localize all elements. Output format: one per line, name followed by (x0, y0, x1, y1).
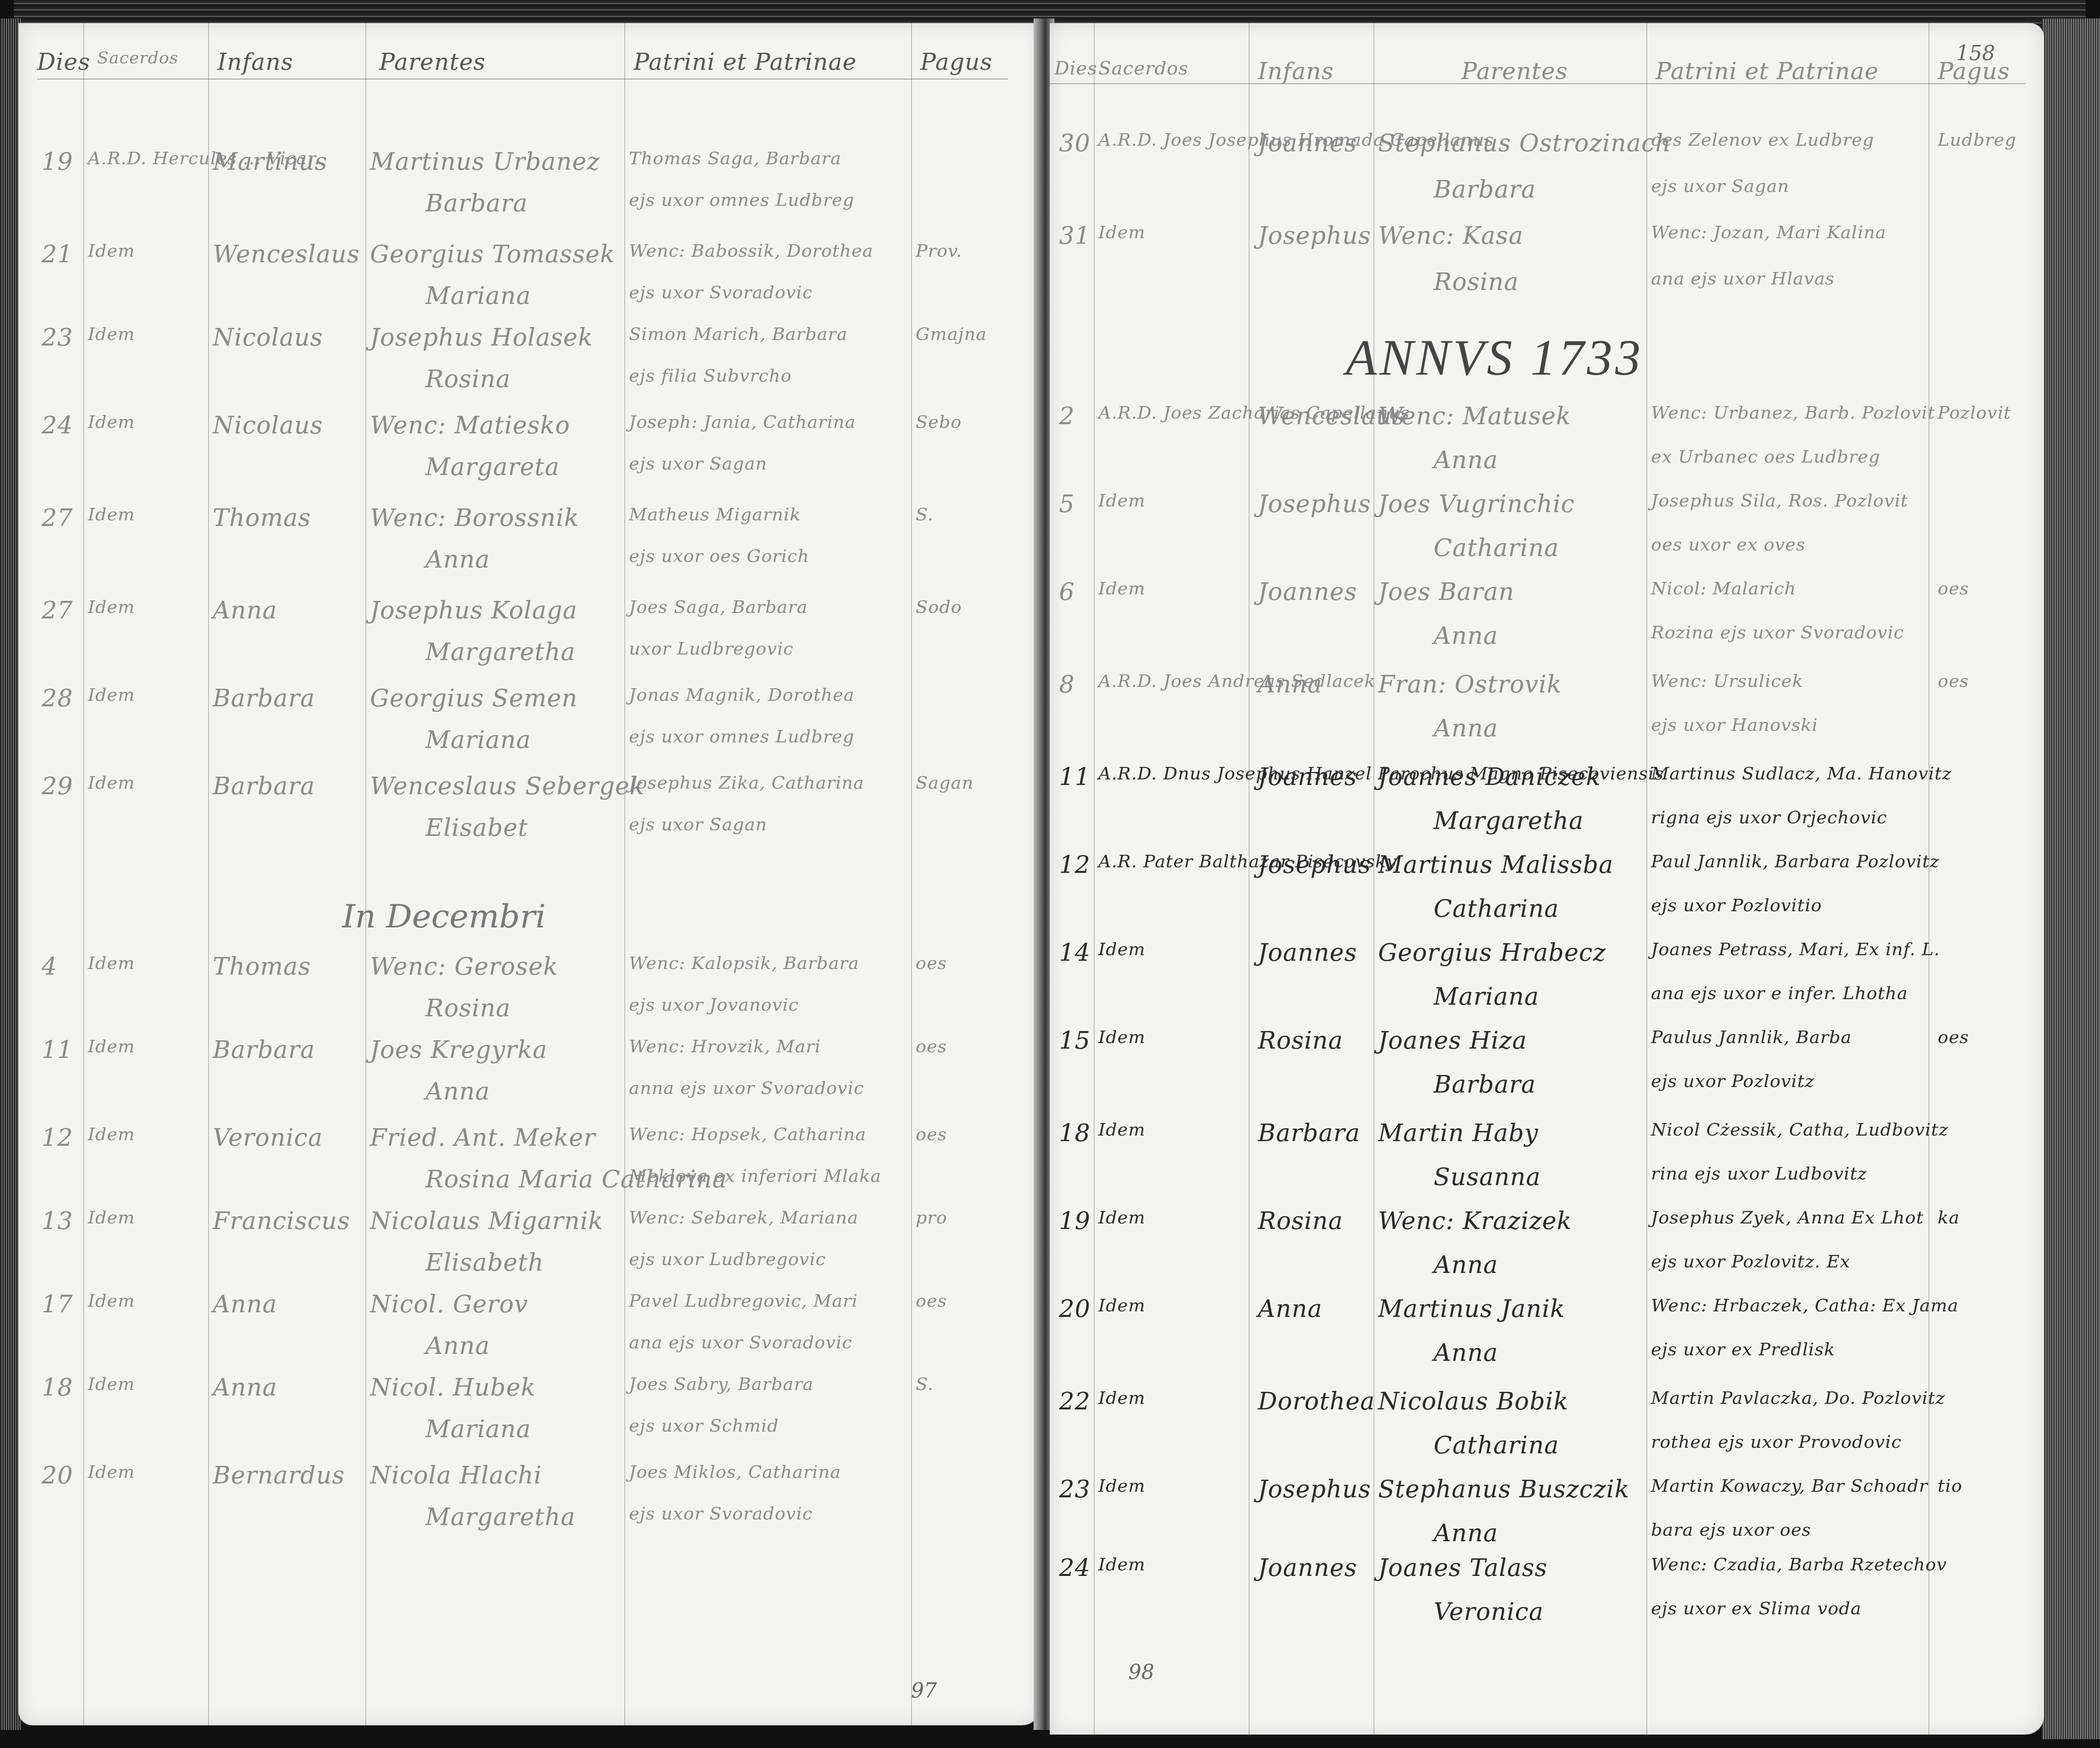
entry-village: oes (916, 953, 947, 973)
entry-father: Nicol. Gerov (370, 1291, 528, 1318)
entry-priest: Idem (1098, 1207, 1145, 1228)
entry-godparents-2: ejs uxor Hanovski (1651, 715, 1818, 735)
entry-father: Joanes Talass (1378, 1554, 1547, 1582)
entry-priest: Idem (1098, 1027, 1145, 1047)
header-patrini: Patrini et Patrinae (634, 49, 857, 75)
footer-mark: 98 (1128, 1661, 1154, 1684)
entry-godparents-1: Wenc: Babossik, Dorothea (629, 241, 873, 261)
entry-infant: Anna (213, 1291, 277, 1318)
entry-village: pro (916, 1207, 947, 1228)
entry-village: Pozlovit (1938, 402, 2011, 423)
entry-priest: Idem (1098, 1388, 1145, 1408)
entry-father: Stephanus Buszczik (1378, 1476, 1630, 1503)
entry-godparents-2: ejs uxor ex Predlisk (1651, 1339, 1835, 1359)
entry-godparents-1: Wenc: Jozan, Mari Kalina (1651, 222, 1886, 242)
entry-day: 2 (1059, 402, 1075, 430)
entry-priest: Idem (1098, 222, 1145, 242)
entry-godparents-1: Wenc: Czadia, Barba Rzetechov (1651, 1554, 1947, 1575)
entry-godparents-1: Pavel Ludbregovic, Mari (629, 1291, 858, 1311)
header-dies: Dies (37, 49, 90, 75)
entry-mother: Anna (1434, 1519, 1498, 1547)
entry-infant: Barbara (213, 772, 315, 800)
entry-day: 18 (42, 1374, 73, 1402)
column-rule (208, 23, 209, 1725)
entry-mother: Rosina (1434, 268, 1519, 296)
entry-day: 29 (42, 772, 73, 800)
entry-day: 20 (1059, 1295, 1090, 1323)
entry-father: Wenc: Kasa (1378, 222, 1523, 250)
column-rule (1928, 23, 1929, 1735)
entry-mother: Margaretha (425, 638, 575, 666)
entry-priest: Idem (88, 412, 135, 432)
entry-godparents-2: ejs uxor ex Slima voda (1651, 1598, 1861, 1618)
entry-godparents-1: Matheus Migarnik (629, 504, 801, 525)
entry-village: Sagan (916, 772, 973, 793)
entry-mother: Anna (1434, 446, 1498, 474)
entry-infant: Joannes (1258, 130, 1357, 157)
entry-godparents-1: Martin Kowaczy, Bar Schoadr (1651, 1476, 1928, 1496)
entry-day: 17 (42, 1291, 73, 1318)
entry-father: Martinus Janik (1378, 1295, 1565, 1323)
entry-infant: Anna (1258, 671, 1323, 698)
entry-priest: Idem (88, 1374, 135, 1394)
entry-mother: Anna (425, 1078, 490, 1106)
entry-father: Wenc: Matiesko (370, 412, 570, 439)
year-heading: ANNVS 1733 (1346, 328, 1644, 387)
entry-infant: Josephus (1258, 490, 1371, 518)
entry-godparents-2: ejs uxor Pozlovitz. Ex (1651, 1251, 1850, 1272)
entry-mother: Anna (1434, 622, 1498, 650)
entry-infant: Rosina (1258, 1207, 1343, 1235)
entry-father: Georgius Semen (370, 685, 578, 712)
entry-day: 21 (42, 241, 73, 268)
entry-priest: Idem (88, 504, 135, 525)
entry-day: 30 (1059, 130, 1090, 157)
entry-father: Nicolaus Migarnik (370, 1207, 604, 1235)
entry-infant: Joannes (1258, 939, 1357, 967)
entry-infant: Josephus (1258, 851, 1371, 879)
entry-village: oes (916, 1036, 947, 1056)
entry-godparents-2: anna ejs uxor Svoradovic (629, 1078, 864, 1098)
entry-godparents-1: Paulus Jannlik, Barba (1651, 1027, 1852, 1047)
entry-day: 31 (1059, 222, 1090, 250)
entry-godparents-2: ejs uxor Svoradovic (629, 1503, 813, 1524)
header-sacerdos: Sacerdos (1098, 58, 1189, 79)
entry-godparents-2: rigna ejs uxor Orjechovic (1651, 807, 1887, 828)
entry-priest: Idem (1098, 578, 1145, 599)
entry-priest: Idem (88, 597, 135, 617)
entry-father: Fried. Ant. Meker (370, 1124, 596, 1152)
entry-godparents-2: ejs uxor oes Gorich (629, 546, 809, 566)
right-page-edges (2042, 19, 2100, 1739)
entry-mother: Barbara (425, 190, 528, 217)
entry-priest: Idem (1098, 1476, 1145, 1496)
column-rule (83, 23, 84, 1725)
entry-infant: Barbara (213, 1036, 315, 1064)
entry-godparents-2: ejs uxor Pozlovitz (1651, 1071, 1815, 1091)
entry-priest: Idem (88, 1124, 135, 1144)
entry-mother: Rosina (425, 994, 511, 1022)
entry-day: 24 (42, 412, 73, 439)
entry-mother: Elisabeth (425, 1249, 544, 1277)
entry-village: Gmajna (916, 324, 987, 344)
entry-day: 15 (1059, 1027, 1090, 1055)
header-pagus: Pagus (920, 49, 992, 75)
entry-mother: Anna (1434, 715, 1498, 742)
entry-godparents-2: rothea ejs uxor Provodovic (1651, 1432, 1902, 1452)
entry-day: 28 (42, 685, 73, 712)
entry-godparents-2: ejs uxor Jovanovic (629, 994, 799, 1015)
entry-godparents-2: bara ejs uxor oes (1651, 1519, 1811, 1540)
entry-mother: Barbara (1434, 176, 1536, 204)
entry-godparents-1: Wenc: Urbanez, Barb. Pozlovit (1651, 402, 1935, 423)
entry-priest: Idem (88, 1036, 135, 1056)
entry-day: 27 (42, 504, 73, 532)
entry-godparents-1: Joes Sabry, Barbara (629, 1374, 813, 1394)
entry-mother: Barbara (1434, 1071, 1536, 1099)
entry-godparents-1: Joes Saga, Barbara (629, 597, 808, 617)
entry-godparents-1: Thomas Saga, Barbara (629, 148, 841, 168)
entry-father: Martinus Urbanez (370, 148, 600, 176)
entry-father: Joes Baran (1378, 578, 1515, 606)
entry-godparents-2: ejs uxor Ludbregovic (629, 1249, 826, 1269)
entry-godparents-2: ejs uxor Sagan (629, 814, 767, 834)
entry-mother: Susanna (1434, 1163, 1541, 1191)
entry-infant: Barbara (213, 685, 315, 712)
entry-infant: Thomas (213, 504, 311, 532)
entry-godparents-2: Rozina ejs uxor Svoradovic (1651, 622, 1904, 642)
entry-priest: Idem (1098, 1119, 1145, 1140)
entry-mother: Anna (1434, 1339, 1498, 1367)
entry-infant: Josephus (1258, 1476, 1371, 1503)
entry-godparents-1: Josephus Sila, Ros. Pozlovit (1651, 490, 1908, 511)
entry-godparents-1: Wenc: Hrbaczek, Catha: Ex Jama (1651, 1295, 1958, 1316)
entry-godparents-1: Martinus Sudlacz, Ma. Hanovitz (1651, 763, 1952, 784)
entry-godparents-2: ejs uxor Pozlovitio (1651, 895, 1822, 915)
entry-mother: Catharina (1434, 534, 1559, 562)
entry-father: Nicol. Hubek (370, 1374, 536, 1402)
entry-priest: Idem (1098, 939, 1145, 959)
entry-day: 23 (1059, 1476, 1090, 1503)
entry-mother: Catharina (1434, 895, 1559, 923)
book-spread: Dies Sacerdos Infans Parentes Patrini et… (0, 0, 2100, 1748)
entry-village: oes (1938, 671, 1969, 691)
entry-father: Joannes Daniczek (1378, 763, 1601, 791)
entry-day: 13 (42, 1207, 73, 1235)
entry-priest: Idem (1098, 1554, 1145, 1575)
entry-father: Martinus Malissba (1378, 851, 1613, 879)
entry-village: oes (1938, 578, 1969, 599)
entry-godparents-1: Paul Jannlik, Barbara Pozlovitz (1651, 851, 1940, 871)
entry-priest: Idem (88, 241, 135, 261)
entry-village: oes (916, 1291, 947, 1311)
entry-priest: Idem (88, 1462, 135, 1482)
entry-godparents-1: Wenc: Kalopsik, Barbara (629, 953, 859, 973)
entry-day: 5 (1059, 490, 1075, 518)
entry-godparents-1: oes Zelenov ex Ludbreg (1651, 130, 1874, 150)
header-parentes: Parentes (379, 49, 486, 75)
entry-village: oes (1938, 1027, 1969, 1047)
entry-priest: Idem (88, 953, 135, 973)
entry-day: 22 (1059, 1388, 1090, 1415)
entry-day: 12 (42, 1124, 73, 1152)
entry-infant: Josephus (1258, 222, 1371, 250)
entry-godparents-2: ana ejs uxor e infer. Lhotha (1651, 983, 1908, 1003)
entry-mother: Anna (425, 1332, 490, 1360)
header-dies: Dies (1054, 58, 1097, 79)
column-rule (1646, 23, 1647, 1735)
entry-village: Prov. (916, 241, 962, 261)
entry-infant: Wenceslaus (213, 241, 360, 268)
entry-father: Nicolaus Bobik (1378, 1388, 1569, 1415)
entry-day: 11 (1059, 763, 1090, 791)
entry-priest: Idem (1098, 1295, 1145, 1316)
entry-infant: Martinus (213, 148, 327, 176)
left-page-edges (0, 19, 21, 1730)
entry-infant: Anna (1258, 1295, 1323, 1323)
entry-mother: Margareta (425, 453, 560, 481)
entry-day: 24 (1059, 1554, 1090, 1582)
entry-village: Ludbreg (1938, 130, 2016, 150)
entry-godparents-2: ejs uxor Sagan (1651, 176, 1789, 196)
entry-godparents-2: rina ejs uxor Ludbovitz (1651, 1163, 1867, 1184)
entry-priest: Idem (1098, 490, 1145, 511)
entry-infant: Nicolaus (213, 324, 323, 352)
entry-father: Josephus Holasek (370, 324, 593, 352)
header-rule (37, 79, 1008, 80)
entry-day: 19 (42, 148, 73, 176)
entry-godparents-1: Josephus Zika, Catharina (629, 772, 864, 793)
entry-father: Stephanus Ostrozinach (1378, 130, 1671, 157)
entry-priest: Idem (88, 1207, 135, 1228)
column-rule (1373, 23, 1374, 1735)
entry-priest: Idem (88, 1291, 135, 1311)
entry-infant: Dorothea (1258, 1388, 1375, 1415)
entry-godparents-2: ejs uxor Sagan (629, 453, 767, 474)
entry-village: oes (916, 1124, 947, 1144)
column-rule (1249, 23, 1250, 1735)
entry-day: 14 (1059, 939, 1090, 967)
entry-father: Wenc: Gerosek (370, 953, 558, 981)
entry-godparents-2: ejs uxor omnes Ludbreg (629, 190, 855, 210)
entry-infant: Anna (213, 597, 277, 624)
entry-priest: Idem (88, 772, 135, 793)
entry-father: Wenc: Matusek (1378, 402, 1571, 430)
entry-mother: Elisabet (425, 814, 528, 842)
entry-infant: Franciscus (213, 1207, 350, 1235)
folio-mark: 97 (911, 1679, 937, 1703)
entry-godparents-1: Nicol Cżessik, Catha, Ludbovitz (1651, 1119, 1948, 1140)
entry-village: S. (916, 1374, 934, 1394)
entry-godparents-1: Joseph: Jania, Catharina (629, 412, 856, 432)
entry-day: 19 (1059, 1207, 1090, 1235)
entry-day: 8 (1059, 671, 1075, 698)
entry-godparents-2: ejs uxor Svoradovic (629, 282, 813, 303)
header-sacerdos: Sacerdos (97, 49, 179, 68)
entry-godparents-1: Simon Marich, Barbara (629, 324, 848, 344)
entry-infant: Joannes (1258, 578, 1357, 606)
entry-godparents-1: Jonas Magnik, Dorothea (629, 685, 855, 705)
entry-godparents-1: Nicol: Malarich (1651, 578, 1796, 599)
entry-day: 11 (42, 1036, 73, 1064)
entry-village: ka (1938, 1207, 1960, 1228)
entry-village: Sodo (916, 597, 962, 617)
column-rule (624, 23, 625, 1725)
entry-godparents-2: Meklova ex inferiori Mlaka (629, 1166, 881, 1186)
column-rule (911, 23, 912, 1725)
entry-godparents-2: ana ejs uxor Svoradovic (629, 1332, 852, 1353)
entry-mother: Catharina (1434, 1432, 1559, 1459)
entry-infant: Veronica (213, 1124, 323, 1152)
entry-father: Wenc: Borossnik (370, 504, 579, 532)
entry-mother: Margaretha (1434, 807, 1583, 835)
entry-father: Martin Haby (1378, 1119, 1539, 1147)
entry-godparents-2: ejs uxor Schmid (629, 1415, 779, 1436)
entry-godparents-2: ejs uxor omnes Ludbreg (629, 726, 855, 747)
entry-mother: Mariana (1434, 983, 1539, 1011)
header-parentes: Parentes (1461, 58, 1568, 85)
entry-father: Joanes Hiza (1378, 1027, 1527, 1055)
left-page: Dies Sacerdos Infans Parentes Patrini et… (18, 23, 1041, 1725)
entry-godparents-1: Josephus Zyek, Anna Ex Lhot (1651, 1207, 1924, 1228)
header-infans: Infans (217, 49, 293, 75)
entry-infant: Thomas (213, 953, 311, 981)
entry-mother: Mariana (425, 282, 531, 310)
entry-father: Joes Kregyrka (370, 1036, 548, 1064)
entry-godparents-2: ex Urbanec oes Ludbreg (1651, 446, 1880, 467)
right-page: 158 Dies Sacerdos Infans Parentes Patrin… (1050, 23, 2044, 1735)
entry-father: Georgius Tomassek (370, 241, 615, 268)
entry-father: Fran: Ostrovik (1378, 671, 1562, 698)
entry-day: 6 (1059, 578, 1075, 606)
entry-mother: Mariana (425, 1415, 531, 1443)
entry-village: Sebo (916, 412, 962, 432)
entry-mother: Veronica (1434, 1598, 1544, 1626)
entry-mother: Mariana (425, 726, 531, 754)
entry-godparents-1: Martin Pavlaczka, Do. Pozlovitz (1651, 1388, 1945, 1408)
entry-infant: Joannes (1258, 1554, 1357, 1582)
entry-mother: Margaretha (425, 1503, 575, 1531)
entry-day: 18 (1059, 1119, 1090, 1147)
month-heading: In Decembri (342, 897, 546, 935)
entry-godparents-1: Wenc: Hopsek, Catharina (629, 1124, 866, 1144)
entry-godparents-1: Joes Miklos, Catharina (629, 1462, 841, 1482)
entry-father: Georgius Hrabecz (1378, 939, 1606, 967)
column-rule (1094, 23, 1095, 1735)
entry-infant: Barbara (1258, 1119, 1360, 1147)
entry-day: 23 (42, 324, 73, 352)
entry-infant: Bernardus (213, 1462, 345, 1489)
header-pagus: Pagus (1938, 58, 2010, 85)
entry-godparents-2: ejs filia Subvrcho (629, 365, 792, 386)
entry-priest: Idem (88, 685, 135, 705)
entry-father: Wenc: Krazizek (1378, 1207, 1572, 1235)
entry-infant: Nicolaus (213, 412, 323, 439)
entry-godparents-2: ana ejs uxor Hlavas (1651, 268, 1835, 289)
entry-godparents-1: Wenc: Ursulicek (1651, 671, 1803, 691)
entry-infant: Rosina (1258, 1027, 1343, 1055)
entry-godparents-2: uxor Ludbregovic (629, 638, 794, 659)
entry-infant: Joannes (1258, 763, 1357, 791)
column-rule (365, 23, 366, 1725)
entry-priest: A.R.D. Joes Andreas Sedlacek (1098, 671, 1375, 691)
entry-father: Joes Vugrinchic (1378, 490, 1575, 518)
header-patrini: Patrini et Patrinae (1656, 58, 1879, 85)
entry-priest: Idem (88, 324, 135, 344)
header-infans: Infans (1258, 58, 1334, 85)
entry-godparents-1: Wenc: Sebarek, Mariana (629, 1207, 858, 1228)
entry-father: Wenceslaus Sebergek (370, 772, 645, 800)
entry-day: 27 (42, 597, 73, 624)
entry-day: 4 (42, 953, 57, 981)
entry-infant: Anna (213, 1374, 277, 1402)
entry-day: 20 (42, 1462, 73, 1489)
entry-village: S. (916, 504, 934, 525)
entry-mother: Anna (1434, 1251, 1498, 1279)
entry-mother: Rosina (425, 365, 511, 393)
entry-godparents-1: Joanes Petrass, Mari, Ex inf. L. (1651, 939, 1940, 959)
entry-father: Josephus Kolaga (370, 597, 578, 624)
entry-mother: Anna (425, 546, 490, 574)
entry-day: 12 (1059, 851, 1090, 879)
entry-father: Nicola Hlachi (370, 1462, 542, 1489)
entry-village: tio (1938, 1476, 1962, 1496)
entry-godparents-2: oes uxor ex oves (1651, 534, 1805, 555)
entry-godparents-1: Wenc: Hrovzik, Mari (629, 1036, 821, 1056)
